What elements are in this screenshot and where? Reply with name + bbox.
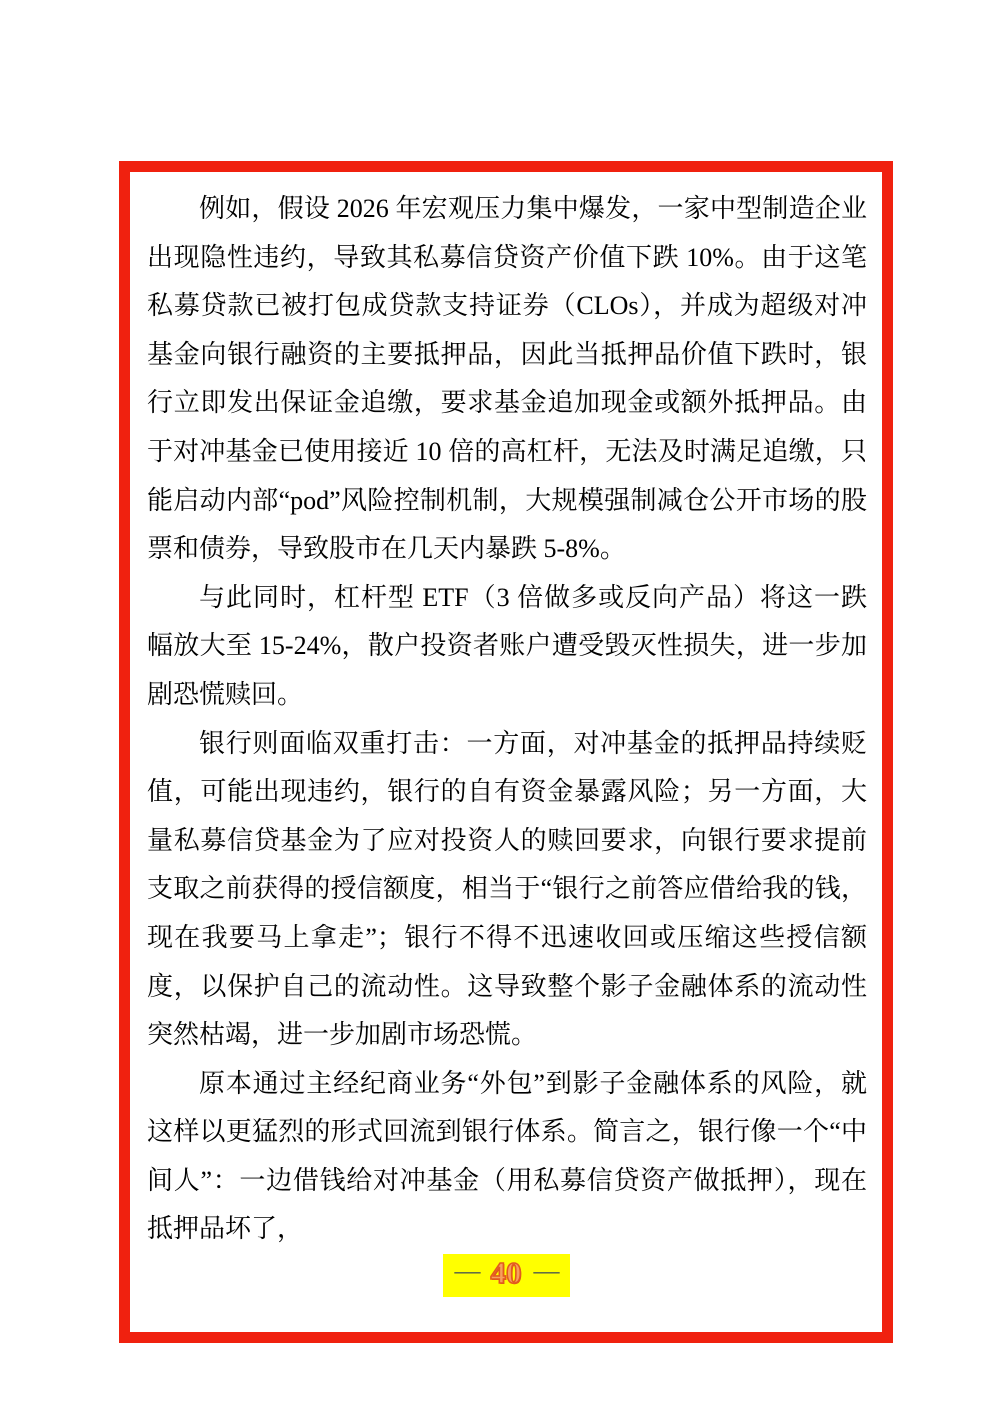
paragraph-3: 银行则面临双重打击：一方面，对冲基金的抵押品持续贬值，可能出现违约，银行的自有资… — [147, 720, 867, 1060]
page-number: 40 — [491, 1257, 522, 1288]
paragraph-4: 原本通过主经纪商业务“外包”到影子金融体系的风险，就这样以更猛烈的形式回流到银行… — [147, 1060, 867, 1254]
body-text: 例如，假设 2026 年宏观压力集中爆发，一家中型制造企业出现隐性违约，导致其私… — [147, 185, 867, 1254]
red-border-frame: 例如，假设 2026 年宏观压力集中爆发，一家中型制造企业出现隐性违约，导致其私… — [119, 161, 893, 1343]
page-number-footer: — 40 — — [130, 1254, 882, 1297]
paragraph-1: 例如，假设 2026 年宏观压力集中爆发，一家中型制造企业出现隐性违约，导致其私… — [147, 185, 867, 574]
paragraph-2: 与此同时，杠杆型 ETF（3 倍做多或反向产品）将这一跌幅放大至 15-24%，… — [147, 574, 867, 720]
page-number-right-dash: — — [534, 1256, 558, 1285]
page-number-highlight: — 40 — — [443, 1254, 570, 1297]
page-number-left-dash: — — [455, 1256, 479, 1285]
